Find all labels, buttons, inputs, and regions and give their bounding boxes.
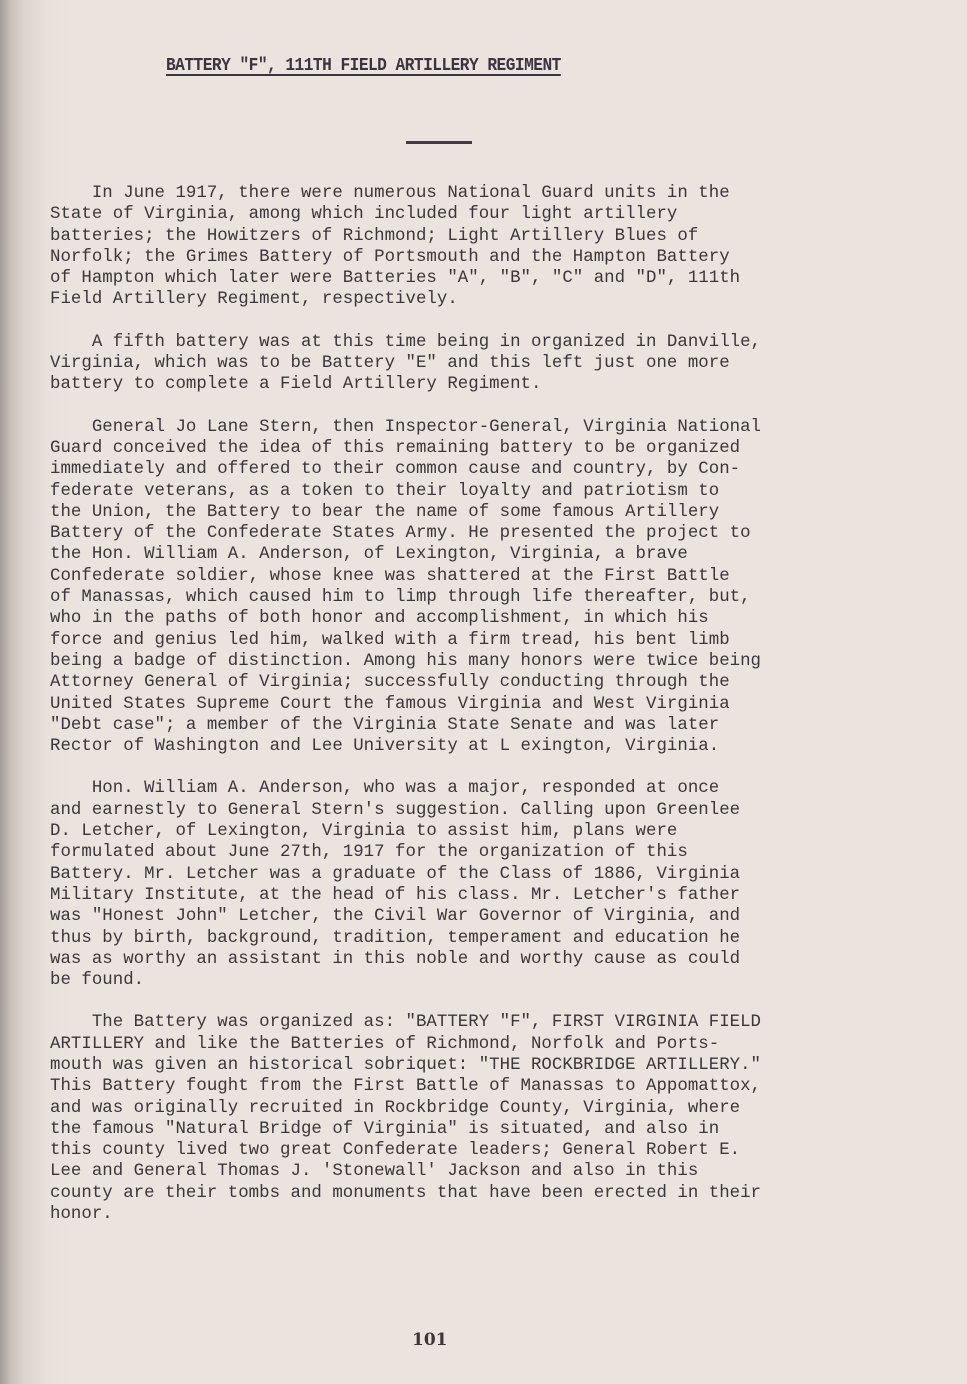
text-line: Guard conceived the idea of this remaini… — [50, 438, 950, 459]
body-text: In June 1917, there were numerous Nation… — [50, 183, 950, 1246]
text-line: D. Letcher, of Lexington, Virginia to as… — [50, 821, 950, 842]
text-line: This Battery fought from the First Battl… — [50, 1076, 950, 1097]
text-line: this county lived two great Confederate … — [50, 1140, 950, 1161]
paragraph-2: A fifth battery was at this time being i… — [50, 332, 950, 396]
paragraph-3: General Jo Lane Stern, then Inspector-Ge… — [50, 417, 950, 758]
document-page: BATTERY "F", 111TH FIELD ARTILLERY REGIM… — [0, 0, 967, 1384]
text-line: batteries; the Howitzers of Richmond; Li… — [50, 226, 950, 247]
text-line: be found. — [50, 970, 950, 991]
paragraph-5: The Battery was organized as: "BATTERY "… — [50, 1012, 950, 1225]
text-line: formulated about June 27th, 1917 for the… — [50, 842, 950, 863]
text-line: who in the paths of both honor and accom… — [50, 608, 950, 629]
title-divider — [406, 141, 472, 144]
text-line: federate veterans, as a token to their l… — [50, 481, 950, 502]
text-line: Military Institute, at the head of his c… — [50, 885, 950, 906]
text-line: mouth was given an historical sobriquet:… — [50, 1055, 950, 1076]
text-line: was "Honest John" Letcher, the Civil War… — [50, 906, 950, 927]
show-through-text — [110, 140, 692, 183]
text-line: Confederate soldier, whose knee was shat… — [50, 566, 950, 587]
text-line: of Manassas, which caused him to limp th… — [50, 587, 950, 608]
page-number: 101 — [412, 1330, 448, 1350]
text-line: battery to complete a Field Artillery Re… — [50, 374, 950, 395]
text-line: thus by birth, background, tradition, te… — [50, 928, 950, 949]
text-line: Norfolk; the Grimes Battery of Portsmout… — [50, 247, 950, 268]
text-line: Rector of Washington and Lee University … — [50, 736, 950, 757]
text-line: force and genius led him, walked with a … — [50, 630, 950, 651]
paragraph-1: In June 1917, there were numerous Nation… — [50, 183, 950, 311]
text-line: Virginia, which was to be Battery "E" an… — [50, 353, 950, 374]
text-line: honor. — [50, 1204, 950, 1225]
paragraph-4: Hon. William A. Anderson, who was a majo… — [50, 778, 950, 991]
text-line: Hon. William A. Anderson, who was a majo… — [50, 778, 950, 799]
text-line: Battery of the Confederate States Army. … — [50, 523, 950, 544]
text-line: was as worthy an assistant in this noble… — [50, 949, 950, 970]
text-line: The Battery was organized as: "BATTERY "… — [50, 1012, 950, 1033]
text-line: the Union, the Battery to bear the name … — [50, 502, 950, 523]
text-line: and was originally recruited in Rockbrid… — [50, 1098, 950, 1119]
text-line: ARTILLERY and like the Batteries of Rich… — [50, 1034, 950, 1055]
text-line: county are their tombs and monuments tha… — [50, 1183, 950, 1204]
text-line: of Hampton which later were Batteries "A… — [50, 268, 950, 289]
text-line: Attorney General of Virginia; successful… — [50, 672, 950, 693]
page-title: BATTERY "F", 111TH FIELD ARTILLERY REGIM… — [166, 56, 561, 76]
text-line: Lee and General Thomas J. 'Stonewall' Ja… — [50, 1161, 950, 1182]
text-line: immediately and offered to their common … — [50, 459, 950, 480]
text-line: United States Supreme Court the famous V… — [50, 694, 950, 715]
text-line: and earnestly to General Stern's suggest… — [50, 800, 950, 821]
text-line: Battery. Mr. Letcher was a graduate of t… — [50, 864, 950, 885]
text-line: the Hon. William A. Anderson, of Lexingt… — [50, 544, 950, 565]
text-line: State of Virginia, among which included … — [50, 204, 950, 225]
text-line: "Debt case"; a member of the Virginia St… — [50, 715, 950, 736]
text-line: being a badge of distinction. Among his … — [50, 651, 950, 672]
text-line: the famous "Natural Bridge of Virginia" … — [50, 1119, 950, 1140]
text-line: Field Artillery Regiment, respectively. — [50, 289, 950, 310]
text-line: A fifth battery was at this time being i… — [50, 332, 950, 353]
text-line: In June 1917, there were numerous Nation… — [50, 183, 950, 204]
text-line: General Jo Lane Stern, then Inspector-Ge… — [50, 417, 950, 438]
